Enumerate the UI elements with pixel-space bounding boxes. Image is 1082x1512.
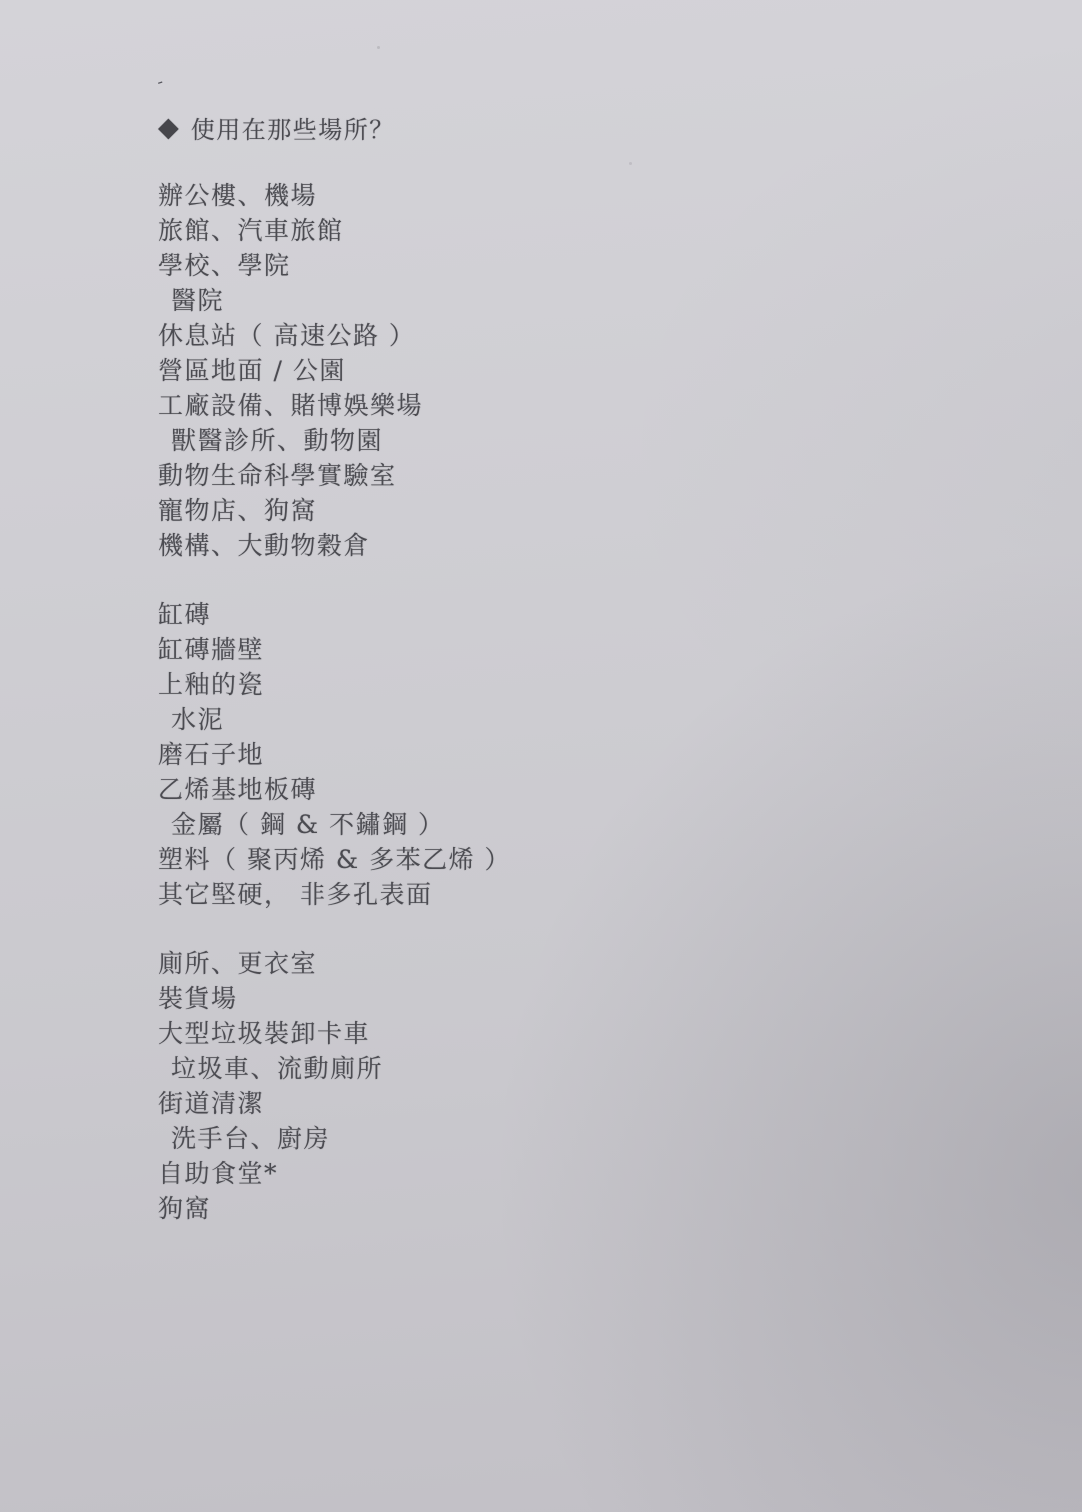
section-heading: ◆ 使用在那些場所？ <box>158 110 511 145</box>
paper-speck <box>629 162 632 165</box>
list-item: 街道清潔 <box>158 1086 511 1121</box>
list-item: 金屬（ 鋼 & 不鏽鋼 ） <box>158 807 511 842</box>
list-item: 上釉的瓷 <box>158 667 511 702</box>
list-item: 營區地面 / 公園 <box>158 353 511 388</box>
paper-speck <box>377 46 380 49</box>
list-section: 缸磚缸磚牆壁上釉的瓷水泥磨石子地乙烯基地板磚金屬（ 鋼 & 不鏽鋼 ）塑料（ 聚… <box>158 597 511 912</box>
list-item: 工廠設備、賭博娛樂場 <box>158 388 511 423</box>
list-item: 獸醫診所、動物園 <box>158 423 511 458</box>
list-item: 狗窩 <box>158 1191 511 1226</box>
list-item: 洗手台、廚房 <box>158 1121 511 1156</box>
diamond-bullet-icon: ◆ <box>158 114 179 141</box>
stray-print-mark: - <box>156 0 496 92</box>
document-page: - ◆ 使用在那些場所？ 辦公樓、機場旅館、汽車旅館學校、學院醫院休息站（ 高速… <box>0 0 1082 1512</box>
list-section: 廁所、更衣室裝貨場大型垃圾裝卸卡車垃圾車、流動廁所街道清潔洗手台、廚房自助食堂*… <box>158 946 511 1226</box>
list-item: 醫院 <box>158 283 511 318</box>
list-section: 辦公樓、機場旅館、汽車旅館學校、學院醫院休息站（ 高速公路 ）營區地面 / 公園… <box>158 178 511 563</box>
list-item: 動物生命科學實驗室 <box>158 458 511 493</box>
list-item: 休息站（ 高速公路 ） <box>158 318 511 353</box>
list-item: 大型垃圾裝卸卡車 <box>158 1016 511 1051</box>
list-item: 機構、大動物穀倉 <box>158 528 511 563</box>
page-title: 使用在那些場所？ <box>191 110 395 145</box>
page-content: - ◆ 使用在那些場所？ 辦公樓、機場旅館、汽車旅館學校、學院醫院休息站（ 高速… <box>158 78 511 1260</box>
sections: 辦公樓、機場旅館、汽車旅館學校、學院醫院休息站（ 高速公路 ）營區地面 / 公園… <box>158 178 511 1226</box>
list-item: 磨石子地 <box>158 737 511 772</box>
list-item: 缸磚 <box>158 597 511 632</box>
list-item: 水泥 <box>158 702 511 737</box>
list-item: 垃圾車、流動廁所 <box>158 1051 511 1086</box>
list-item: 乙烯基地板磚 <box>158 772 511 807</box>
list-item: 學校、學院 <box>158 248 511 283</box>
list-item: 缸磚牆壁 <box>158 632 511 667</box>
list-item: 塑料（ 聚丙烯 & 多苯乙烯 ） <box>158 842 511 877</box>
list-item: 自助食堂* <box>158 1156 511 1191</box>
list-item: 辦公樓、機場 <box>158 178 511 213</box>
list-item: 裝貨場 <box>158 981 511 1016</box>
list-item: 旅館、汽車旅館 <box>158 213 511 248</box>
list-item: 其它堅硬， 非多孔表面 <box>158 877 511 912</box>
list-item: 廁所、更衣室 <box>158 946 511 981</box>
list-item: 寵物店、狗窩 <box>158 493 511 528</box>
